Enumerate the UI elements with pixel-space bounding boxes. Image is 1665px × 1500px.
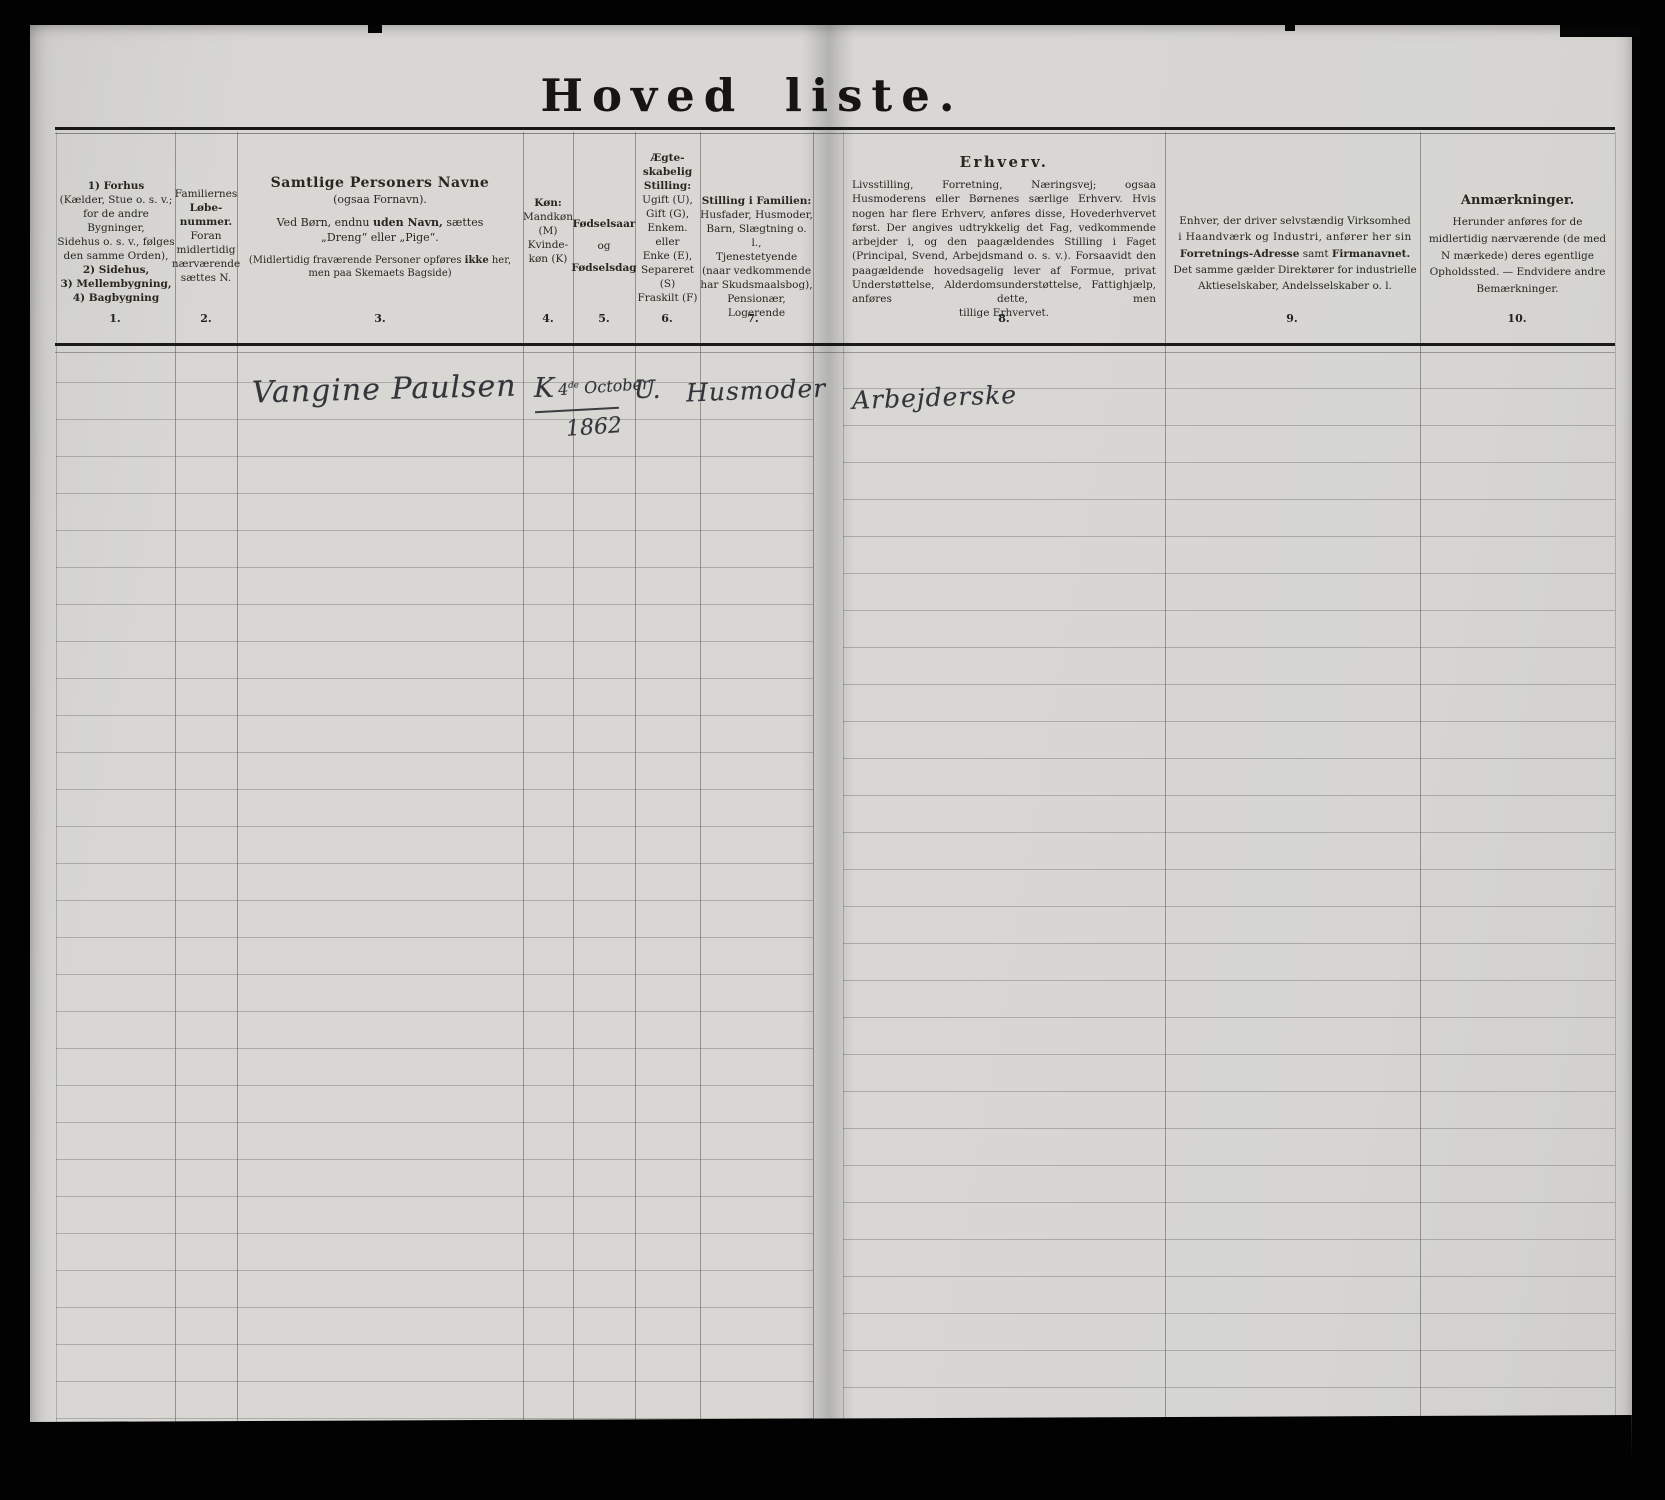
column-divider <box>573 132 574 1452</box>
table-right-edge-line <box>1615 132 1616 1452</box>
column-number-1: 1. <box>93 312 137 325</box>
row-grid-right-page <box>843 346 1615 1454</box>
column-number-7: 7. <box>731 312 775 325</box>
column-number-4: 4. <box>526 312 570 325</box>
scan-edge-artifact <box>1285 25 1295 31</box>
entry-marital-status: U. <box>634 375 661 404</box>
column-divider <box>523 132 524 1452</box>
column-header-sex: Køn: Mandkøn (M) Kvinde- køn (K) <box>523 197 573 267</box>
column-number-2: 2. <box>184 312 228 325</box>
column-header-birth: Fødselsaar og Fødselsdag <box>573 218 635 276</box>
column-divider <box>635 132 636 1452</box>
scan-edge-artifact <box>368 25 382 33</box>
column-divider <box>700 132 701 1452</box>
column-number-9: 9. <box>1270 312 1314 325</box>
entry-sex: K <box>534 373 554 404</box>
page-gutter-shadow <box>802 25 854 1459</box>
column-number-6: 6. <box>645 312 689 325</box>
page-title: Hoved liste. <box>502 69 1002 122</box>
entry-birth-year: 1862 <box>565 413 623 442</box>
column-header-family-position: Stilling i Familien: Husfader, Husmoder,… <box>700 195 813 321</box>
scan-edge-artifact <box>1560 25 1640 37</box>
column-number-8: 8. <box>982 312 1026 325</box>
column-divider <box>1165 132 1166 1452</box>
column-header-building: 1) Forhus (Kælder, Stue o. s. v.; for de… <box>57 180 175 306</box>
column-header-names: Samtlige Personers Navne (ogsaa Fornavn)… <box>237 175 523 281</box>
scan-bottom-edge <box>30 1415 1632 1466</box>
column-header-family-number: Familiernes Løbe- nummer. Foran midlerti… <box>175 188 237 286</box>
column-number-3: 3. <box>358 312 402 325</box>
census-page: Hoved liste. 1) Forhus (Kælder, Stue o. … <box>30 25 1632 1459</box>
column-divider <box>237 132 238 1452</box>
column-divider <box>56 132 57 1452</box>
column-header-remarks: Anmærkninger. Herunder anføres for de mi… <box>1420 193 1615 298</box>
column-header-business-address: Enhver, der driver selvstændig Virksomhe… <box>1170 213 1420 294</box>
column-header-marital-status: Ægte- skabelig Stilling: Ugift (U), Gift… <box>635 152 700 305</box>
column-header-occupation: Erhverv. Livsstilling, Forretning, Nærin… <box>852 153 1156 321</box>
entry-name: Vangine Paulsen <box>252 369 517 411</box>
column-divider <box>1420 132 1421 1452</box>
column-number-5: 5. <box>582 312 626 325</box>
entry-occupation: Arbejderske <box>852 380 1018 415</box>
column-divider <box>175 132 176 1452</box>
scanned-document: Hoved liste. 1) Forhus (Kælder, Stue o. … <box>0 0 1665 1500</box>
column-number-10: 10. <box>1495 312 1539 325</box>
